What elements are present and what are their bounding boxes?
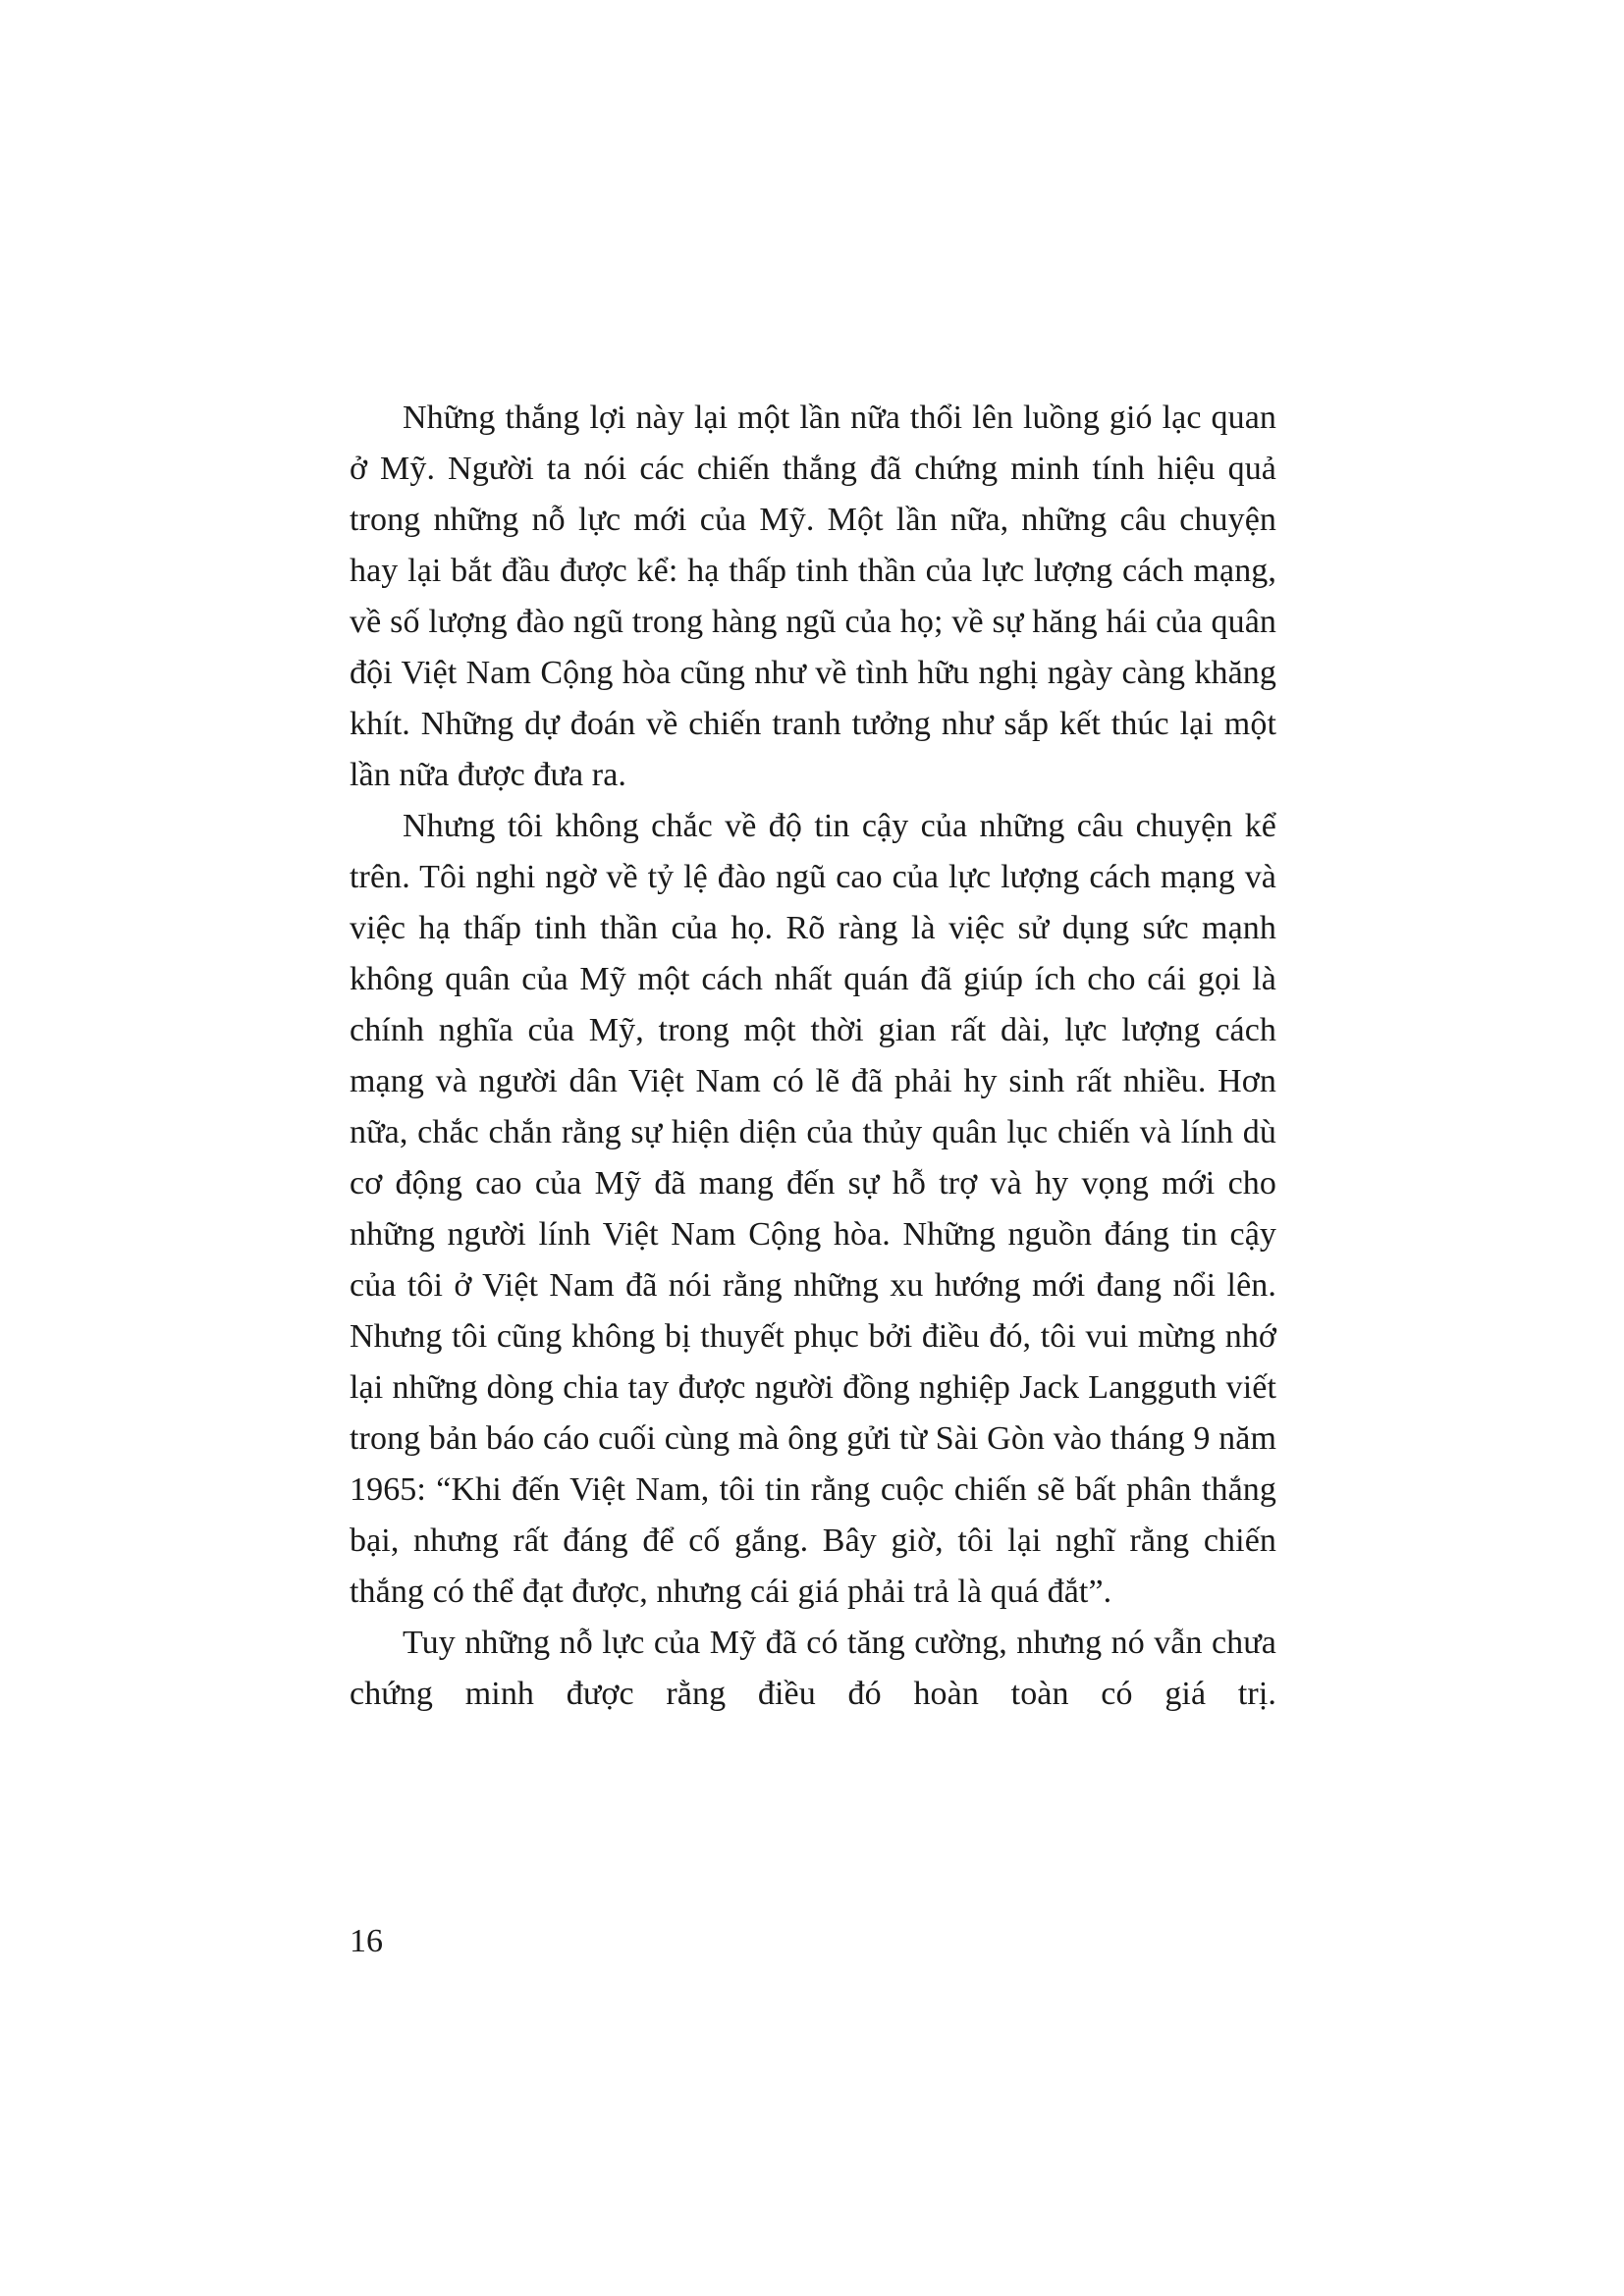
paragraph-3: Tuy những nỗ lực của Mỹ đã có tăng cường… <box>350 1618 1276 1720</box>
body-text: Những thắng lợi này lại một lần nữa thổi… <box>350 393 1276 1720</box>
page-number: 16 <box>350 1922 383 1961</box>
paragraph-1: Những thắng lợi này lại một lần nữa thổi… <box>350 393 1276 801</box>
document-page: Những thắng lợi này lại một lần nữa thổi… <box>0 0 1624 2296</box>
paragraph-2: Nhưng tôi không chắc về độ tin cậy của n… <box>350 801 1276 1618</box>
